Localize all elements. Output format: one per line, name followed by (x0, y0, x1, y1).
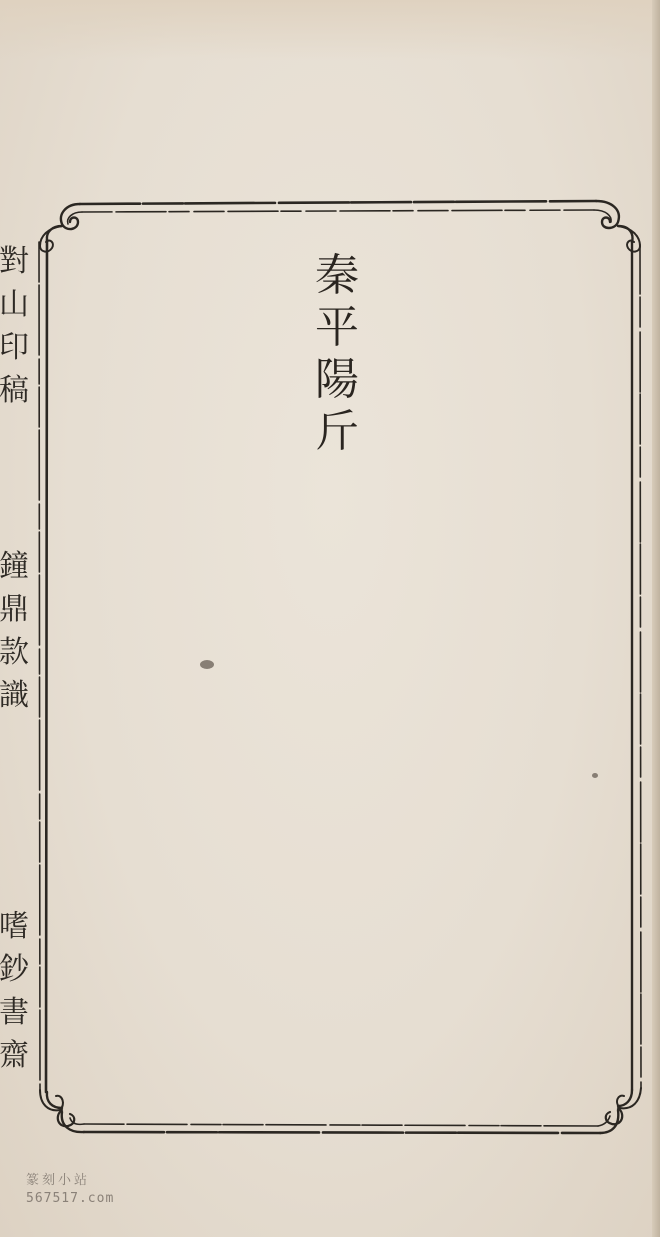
title-char: 陽 (315, 354, 359, 406)
spine-text-publisher: 嗜 鈔 書 齋 (0, 905, 34, 1077)
title-char: 平 (315, 302, 359, 354)
spine-char: 鐘 (0, 545, 29, 588)
spine-text-book-title: 對 山 印 稿 (0, 240, 34, 412)
title-char: 斤 (315, 406, 359, 458)
spine-char: 書 (0, 991, 29, 1034)
watermark-name: 篆刻小站 (26, 1172, 114, 1190)
watermark-url: 567517.com (26, 1190, 114, 1208)
spine-char: 鈔 (0, 948, 29, 991)
spine-char: 對 (0, 240, 29, 283)
ink-spot (200, 660, 214, 669)
spine-char: 齋 (0, 1034, 29, 1077)
spine-char: 款 (0, 631, 29, 674)
watermark: 篆刻小站 567517.com (26, 1172, 114, 1208)
ink-spot (592, 773, 598, 778)
spine-char: 山 (0, 283, 29, 326)
spine-char: 識 (0, 674, 29, 717)
title-char: 秦 (315, 250, 359, 302)
spine-text-section: 鐘 鼎 款 識 (0, 545, 34, 717)
spine-char: 印 (0, 326, 29, 369)
ornamental-border-frame (0, 0, 660, 1237)
spine-char: 鼎 (0, 588, 29, 631)
spine-char: 稿 (0, 369, 29, 412)
spine-char: 嗜 (0, 905, 29, 948)
page-title-vertical: 秦 平 陽 斤 (312, 250, 362, 458)
